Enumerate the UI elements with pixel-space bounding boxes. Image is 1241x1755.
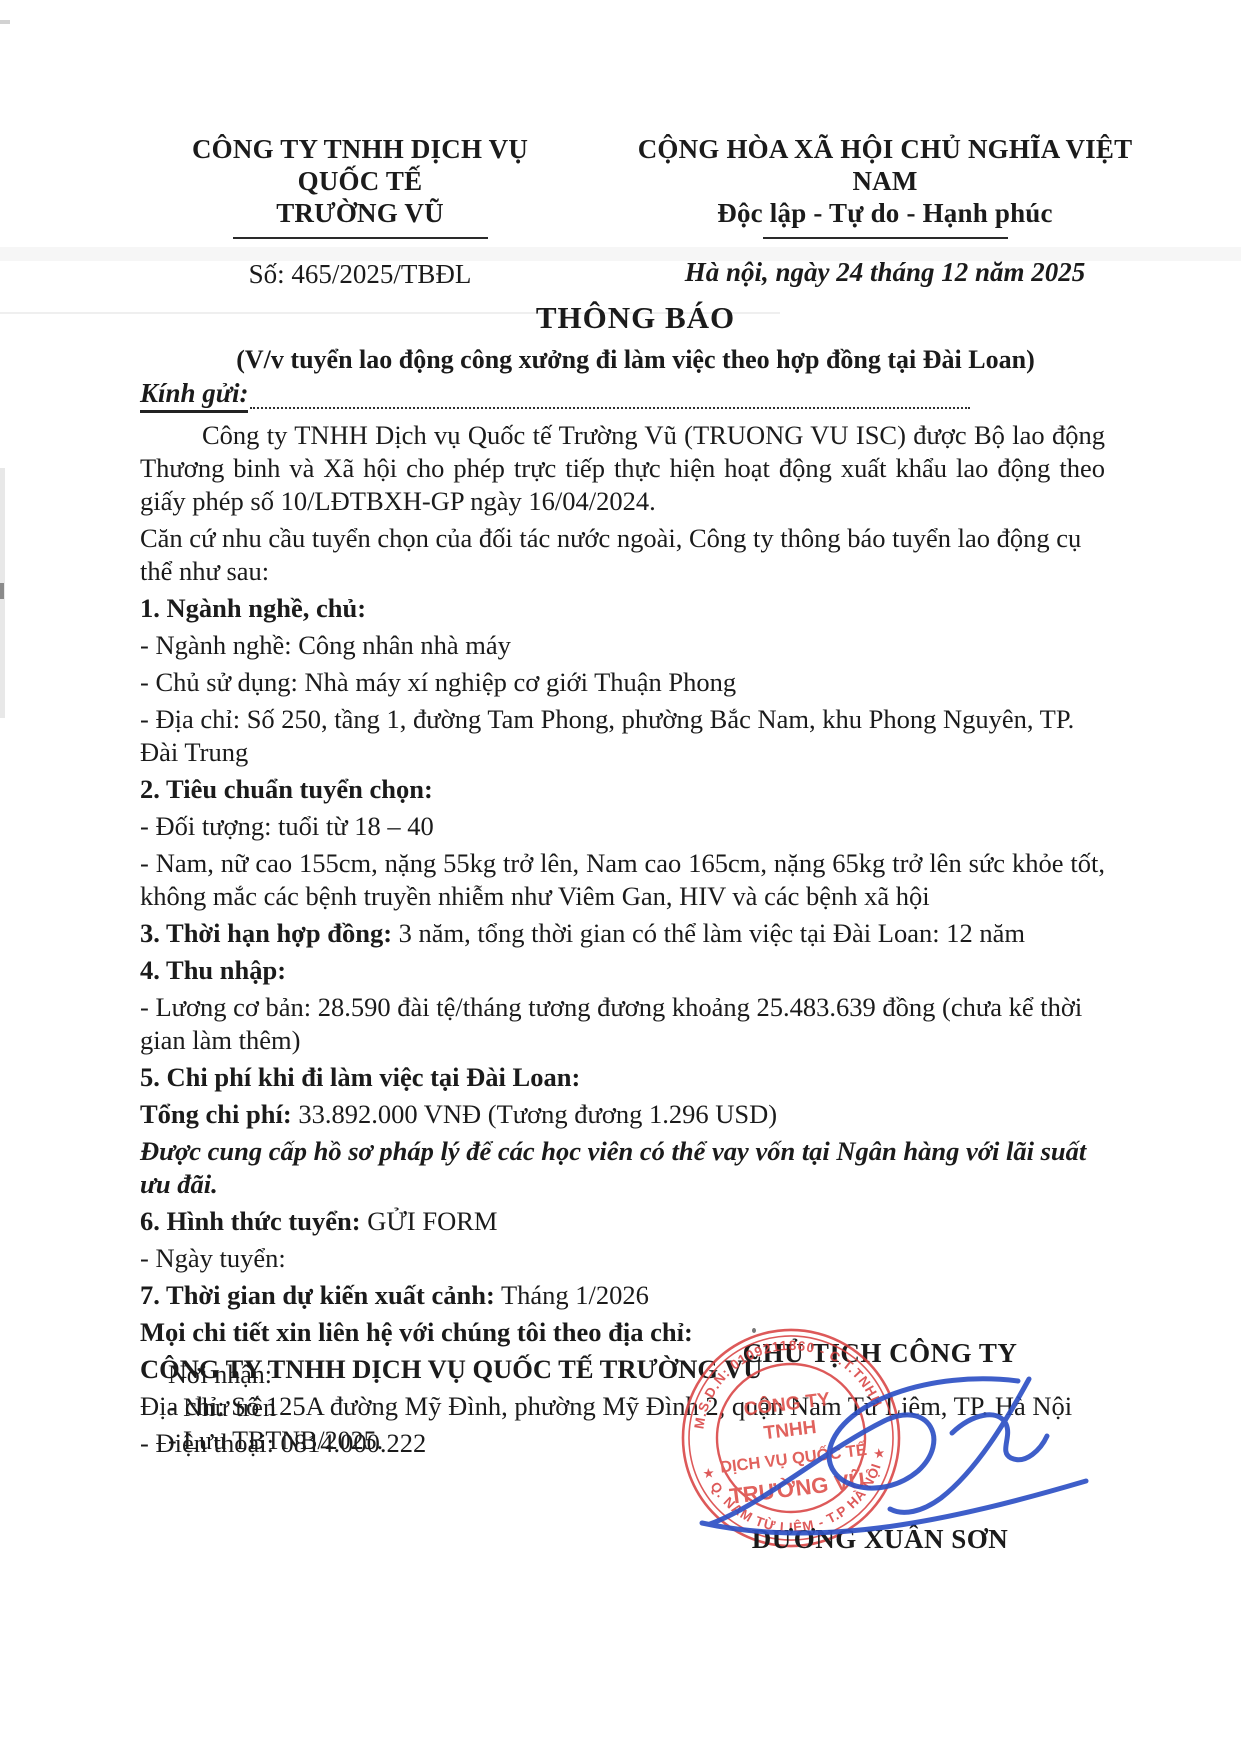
section-label: 6. Hình thức tuyển: [140,1206,361,1236]
list-item-text: - Đối tượng: tuổi từ 18 – 40 [140,811,434,841]
list-item: - Ngành nghề: Công nhân nhà máy [140,629,1105,662]
list-item-text: - Chủ sử dụng: Nhà máy xí nghiệp cơ giới… [140,667,736,697]
total-cost-label: Tổng chi phí: [140,1099,292,1129]
section-2-heading: 2. Tiêu chuẩn tuyển chọn: [140,773,1105,806]
list-item-text: - Nam, nữ cao 155cm, nặng 55kg trở lên, … [140,848,1105,911]
document-body: Công ty TNHH Dịch vụ Quốc tế Trường Vũ (… [140,419,1105,1464]
salutation-row: Kính gửi: [140,378,970,413]
section-label: 2. Tiêu chuẩn tuyển chọn: [140,774,433,804]
section-value: GỬI FORM [361,1206,498,1236]
list-item: - Chủ sử dụng: Nhà máy xí nghiệp cơ giới… [140,666,1105,699]
section-label: 1. Ngành nghề, chủ: [140,593,366,623]
list-item-text: - Ngày tuyển: [140,1243,286,1273]
company-name-line2: TRƯỜNG VŨ [276,198,444,228]
title-group: THÔNG BÁO (V/v tuyển lao động công xưởng… [140,300,1131,375]
section-label: 4. Thu nhập: [140,955,286,985]
paragraph-text: Căn cứ nhu cầu tuyển chọn của đối tác nư… [140,523,1081,586]
list-item: - Lương cơ bản: 28.590 đài tệ/tháng tươn… [140,991,1105,1057]
section-label: 5. Chi phí khi đi làm việc tại Đài Loan: [140,1062,580,1092]
document-subtitle: (V/v tuyển lao động công xưởng đi làm vi… [140,345,1131,375]
total-cost-line: Tổng chi phí: 33.892.000 VNĐ (Tương đươn… [140,1098,1105,1131]
section-label: 3. Thời hạn hợp đồng: [140,918,392,948]
contact-intro-text: Mọi chi tiết xin liên hệ với chúng tôi t… [140,1317,693,1347]
national-header-block: CỘNG HÒA XÃ HỘI CHỦ NGHĨA VIỆT NAM Độc l… [635,133,1135,288]
document-page: CÔNG TY TNHH DỊCH VỤ QUỐC TẾ TRƯỜNG VŨ S… [0,0,1241,1755]
loan-note-text: Được cung cấp hồ sơ pháp lý để các học v… [140,1136,1086,1199]
list-item: - Ngày tuyển: [140,1242,1105,1275]
recipient-item: - Lưu TBTNB/2025. [168,1424,383,1457]
scan-artifact-edge [0,583,4,599]
company-name-line1: CÔNG TY TNHH DỊCH VỤ QUỐC TẾ [192,134,528,196]
section-4-heading: 4. Thu nhập: [140,954,1105,987]
date-line: Hà nội, ngày 24 tháng 12 năm 2025 [635,257,1135,288]
section-5-heading: 5. Chi phí khi đi làm việc tại Đài Loan: [140,1061,1105,1094]
recipients-label: Nơi nhận: [168,1358,383,1391]
paragraph-text: Công ty TNHH Dịch vụ Quốc tế Trường Vũ (… [140,420,1105,516]
loan-note-line: Được cung cấp hồ sơ pháp lý để các học v… [140,1135,1105,1201]
section-7-line: 7. Thời gian dự kiến xuất cảnh: Tháng 1/… [140,1279,1105,1312]
national-motto-line2: Độc lập - Tự do - Hạnh phúc [717,198,1052,228]
dotted-leader [250,385,970,409]
list-item: - Đối tượng: tuổi từ 18 – 40 [140,810,1105,843]
total-cost-value: 33.892.000 VNĐ (Tương đương 1.296 USD) [292,1099,777,1129]
section-label: 7. Thời gian dự kiến xuất cảnh: [140,1280,495,1310]
section-6-line: 6. Hình thức tuyển: GỬI FORM [140,1205,1105,1238]
section-value: 3 năm, tổng thời gian có thể làm việc tạ… [392,918,1025,948]
list-item-text: - Lương cơ bản: 28.590 đài tệ/tháng tươn… [140,992,1082,1055]
list-item: - Nam, nữ cao 155cm, nặng 55kg trở lên, … [140,847,1105,913]
list-item: - Địa chỉ: Số 250, tầng 1, đường Tam Pho… [140,703,1105,769]
paragraph-basis: Căn cứ nhu cầu tuyển chọn của đối tác nư… [140,522,1105,588]
section-value: Tháng 1/2026 [495,1280,649,1310]
header-rule-right [763,237,1008,239]
document-title: THÔNG BÁO [140,300,1131,336]
list-item-text: - Ngành nghề: Công nhân nhà máy [140,630,511,660]
section-3-line: 3. Thời hạn hợp đồng: 3 năm, tổng thời g… [140,917,1105,950]
section-1-heading: 1. Ngành nghề, chủ: [140,592,1105,625]
recipient-item: - Như trên [168,1391,383,1424]
header-rule-left [233,237,488,239]
company-header-block: CÔNG TY TNHH DỊCH VỤ QUỐC TẾ TRƯỜNG VŨ S… [160,133,560,290]
document-number: Số: 465/2025/TBĐL [160,259,560,290]
scan-artifact-edge [0,20,10,24]
recipients-block: Nơi nhận: - Như trên - Lưu TBTNB/2025. [168,1358,383,1457]
national-motto-line1: CỘNG HÒA XÃ HỘI CHỦ NGHĨA VIỆT NAM [638,134,1133,196]
salutation-label: Kính gửi: [140,378,248,413]
paragraph-intro: Công ty TNHH Dịch vụ Quốc tế Trường Vũ (… [140,419,1105,518]
list-item-text: - Địa chỉ: Số 250, tầng 1, đường Tam Pho… [140,704,1074,767]
handwritten-signature [660,1350,1100,1550]
